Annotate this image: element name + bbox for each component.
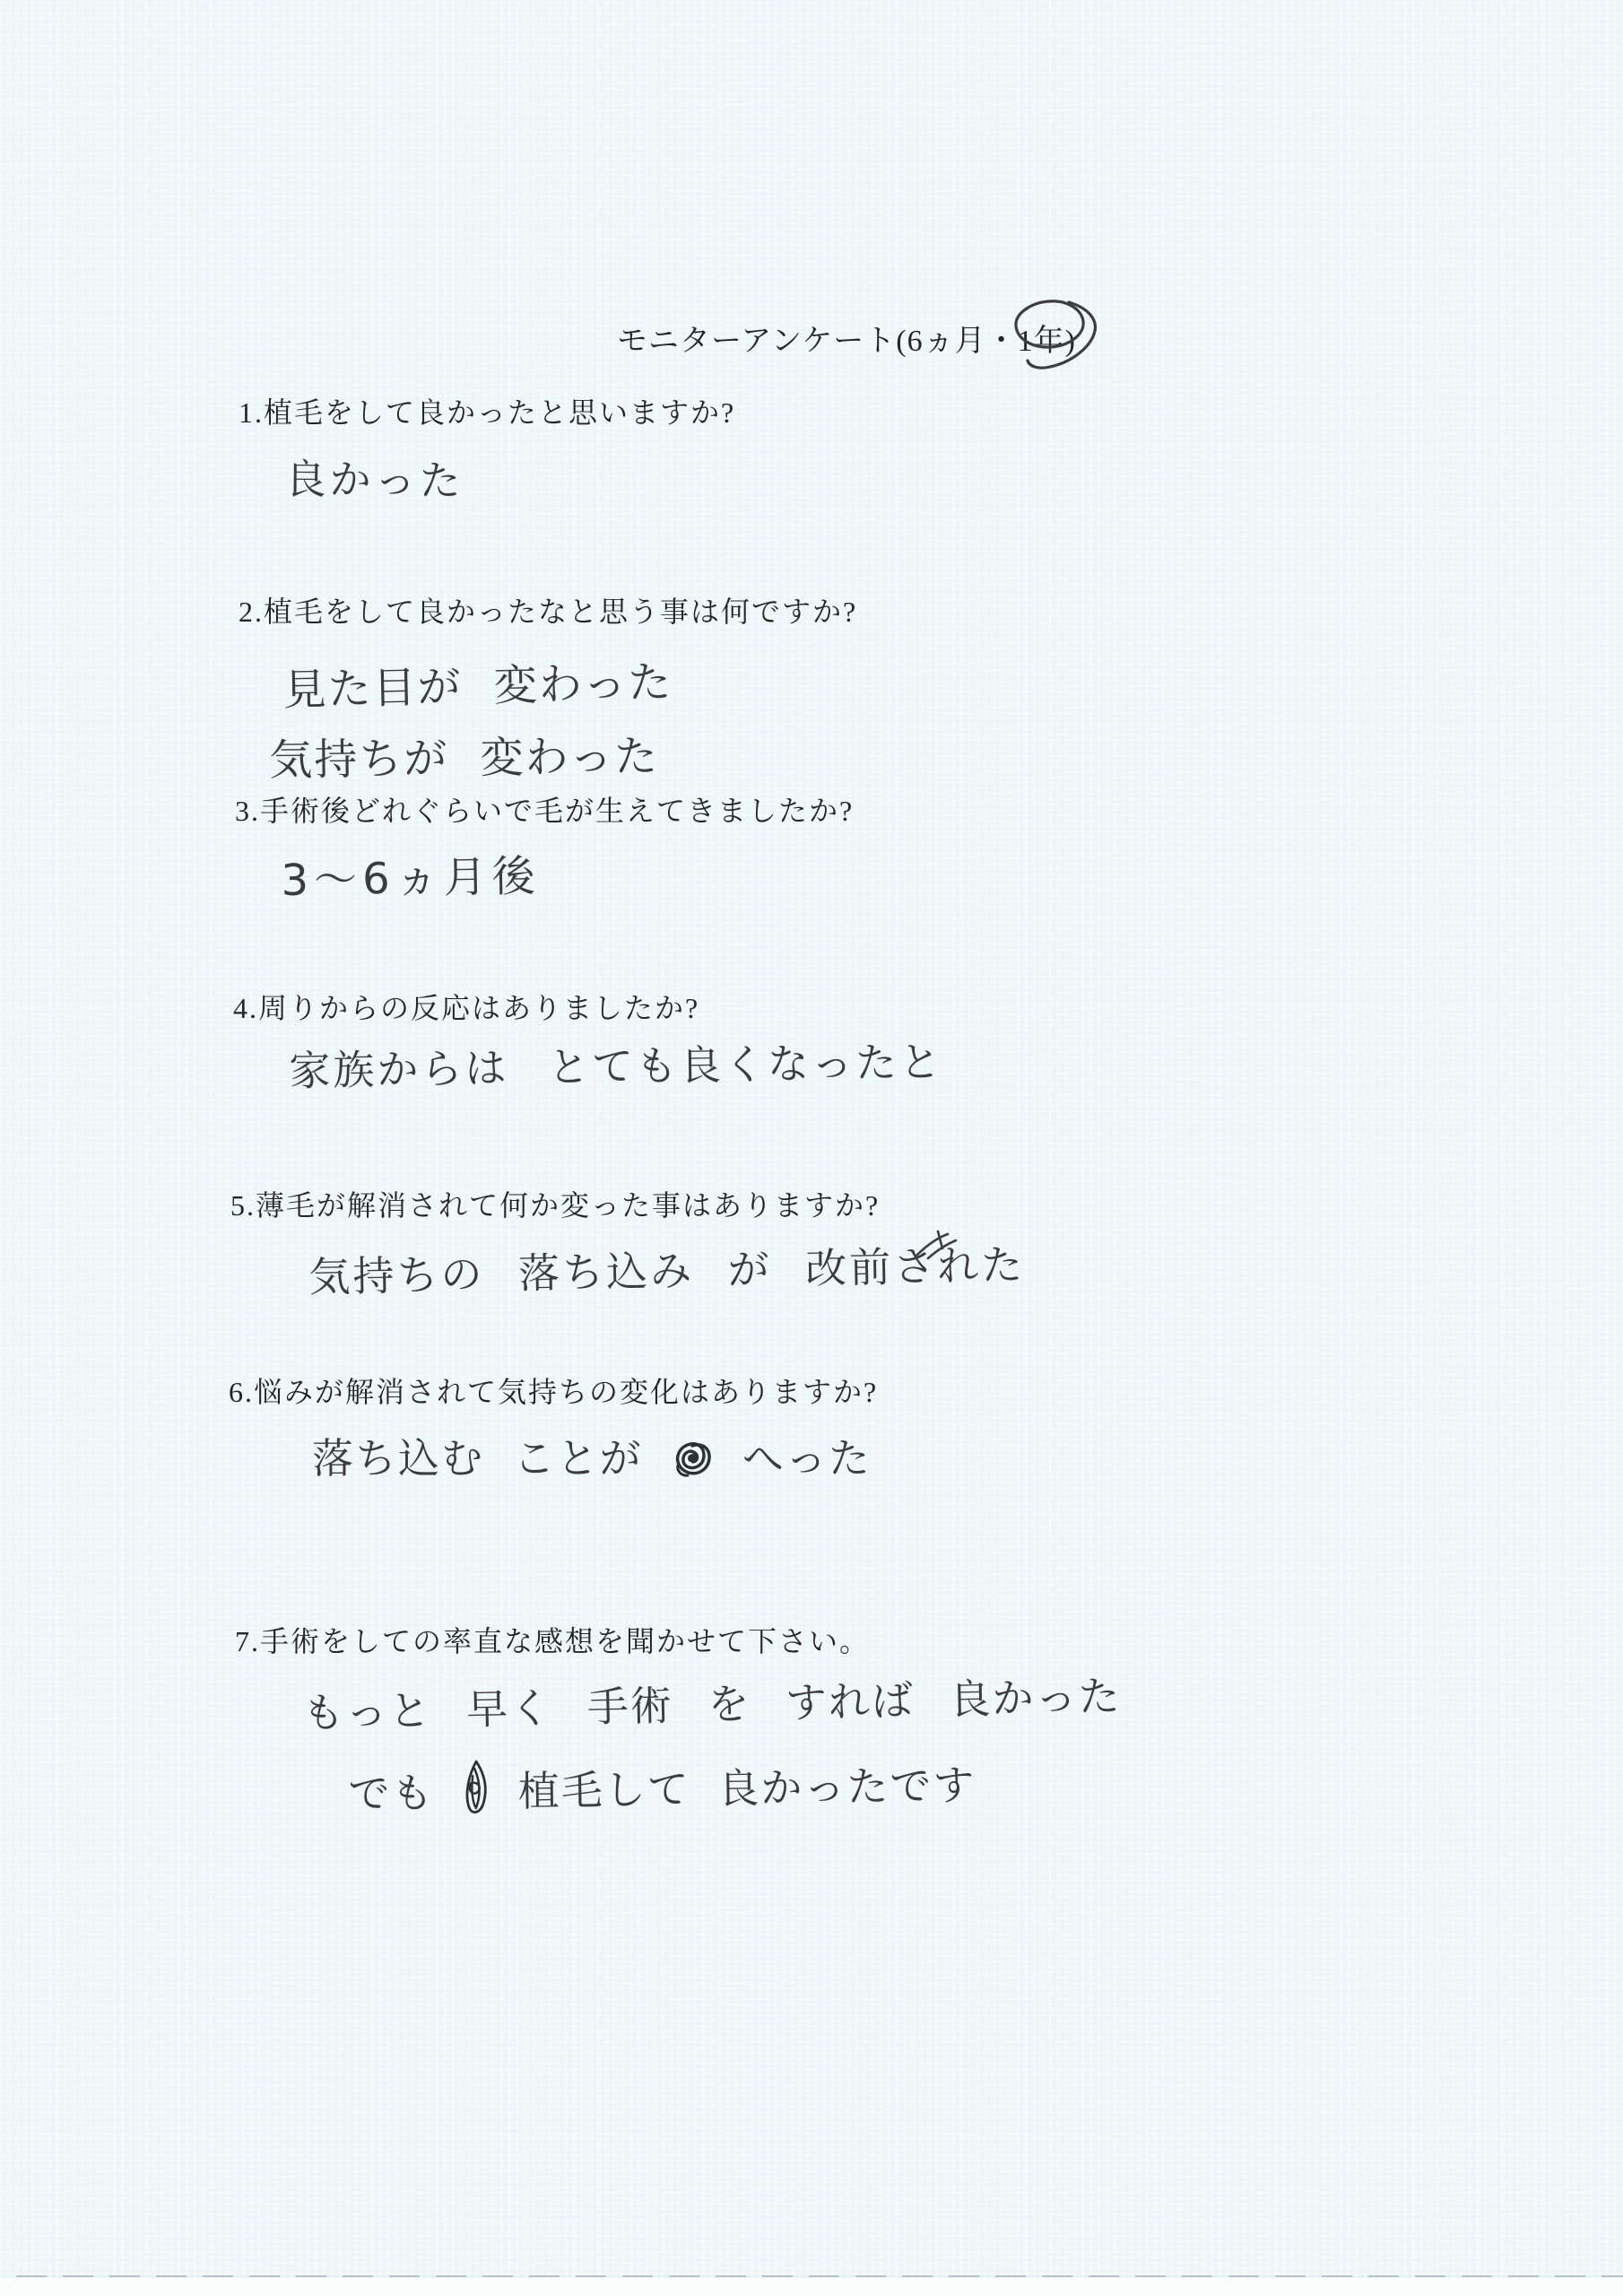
question-7-number: 7. (235, 1625, 260, 1657)
question-3: 3.手術後どれぐらいで毛が生えてきましたか? (235, 793, 854, 829)
question-6-text: 悩みが解消されて気持ちの変化はありますか? (254, 1376, 878, 1408)
question-2-number: 2. (239, 596, 264, 628)
question-4-text: 周りからの反応はありましたか? (258, 992, 699, 1024)
answer-7-line-1: もっと 早く 手術 を すれば 良かった (302, 1671, 1122, 1740)
question-4-number: 4. (233, 992, 258, 1024)
scan-bottom-margin (0, 2278, 1623, 2296)
handwritten-circle-icon (1010, 294, 1110, 380)
question-6-number: 6. (229, 1376, 254, 1408)
scanned-questionnaire-page: モニターアンケート(6ヵ月・1年) 1.植毛をして良かったと思いますか? 良かっ… (0, 0, 1623, 2296)
scribble-blot-icon (462, 1758, 491, 1819)
answer-7-line-2: でも 植毛して 良かったです (348, 1751, 976, 1821)
question-5: 5.薄毛が解消されて何か変った事はありますか? (230, 1187, 880, 1223)
answer-1: 良かった (284, 454, 464, 508)
question-1-number: 1. (239, 396, 264, 429)
scribble-blot-icon (672, 1437, 713, 1480)
question-6: 6.悩みが解消されて気持ちの変化はありますか? (229, 1374, 878, 1410)
answer-3: 3〜6ヵ月後 (281, 849, 541, 908)
question-4: 4.周りからの反応はありましたか? (233, 990, 699, 1026)
page-title: モニターアンケート(6ヵ月・1年) (617, 316, 1076, 360)
answer-6-post: へった (742, 1434, 872, 1483)
answer-2-line-2: 気持ちが 変わった (269, 729, 659, 787)
question-5-number: 5. (230, 1189, 256, 1222)
answer-7-line-2-post: 植毛して 良かったです (517, 1761, 976, 1815)
answer-6-pre: 落ち込む ことが (312, 1434, 643, 1483)
correction-scribble-icon (911, 1229, 961, 1263)
answer-7-line-2-pre: でも (348, 1769, 435, 1818)
question-1-text: 植毛をして良かったと思いますか? (264, 396, 735, 429)
page-title-text: モニターアンケート(6ヵ月・1 (617, 325, 1034, 358)
question-3-number: 3. (235, 795, 260, 827)
question-5-text: 薄毛が解消されて何か変った事はありますか? (256, 1189, 880, 1222)
question-2: 2.植毛をして良かったなと思う事は何ですか? (239, 594, 857, 630)
question-1: 1.植毛をして良かったと思いますか? (239, 395, 735, 430)
question-2-text: 植毛をして良かったなと思う事は何ですか? (264, 596, 857, 628)
answer-2-line-1: 見た目が 変わった (282, 656, 673, 717)
question-3-text: 手術後どれぐらいで毛が生えてきましたか? (260, 795, 854, 827)
question-7: 7.手術をしての率直な感想を聞かせて下さい。 (235, 1623, 870, 1659)
answer-6: 落ち込む ことが へった (312, 1433, 872, 1485)
answer-4: 家族からは とても良くなったと (289, 1037, 943, 1098)
question-7-text: 手術をしての率直な感想を聞かせて下さい。 (260, 1625, 870, 1657)
scan-edge-line (16, 2275, 1623, 2277)
